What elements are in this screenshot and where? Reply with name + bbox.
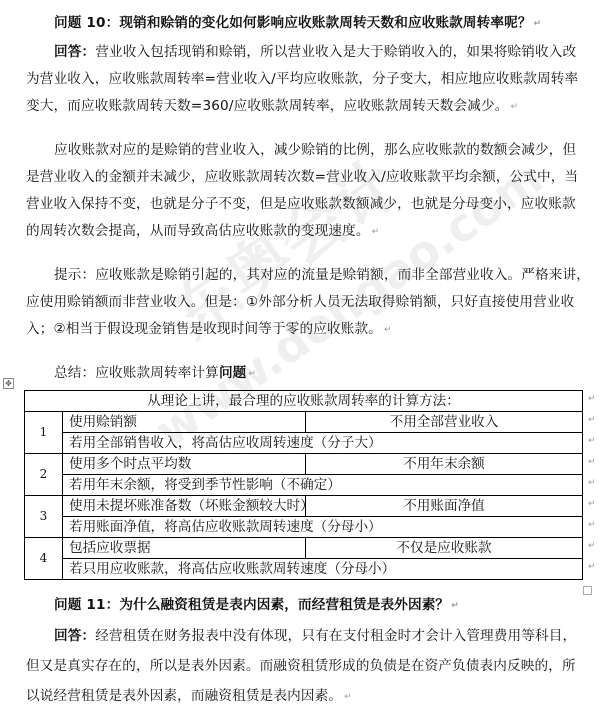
question-10-answer-line-3: 变大，而应收账款周转天数=360/应收账款周转率，应收账款周转天数会减少。↵ [26, 97, 518, 116]
tip-line-1: 提示：应收账款是赊销引起的，其对应的流量是赊销额，而非全部营业收入。严格来讲， [54, 266, 590, 284]
question-10-answer-line-1: 回答：营业收入包括现销和赊销，所以营业收入是大于赊销收入的，如果将赊销收入改 [54, 43, 576, 61]
answer-text: 营业收入包括现销和赊销，所以营业收入是大于赊销收入的，如果将赊销收入改 [95, 44, 576, 60]
question-10-title-text: 问题 10：现销和赊销的变化如何影响应收账款周转天数和应收账款周转率呢？ [54, 15, 532, 31]
avoid-cell: 不仅是应收账款 [306, 538, 583, 559]
table-resize-handle-icon[interactable] [583, 586, 592, 595]
row-end-mark: ↵ [588, 562, 596, 572]
tip-text: 入；②相当于假设现金销售是收现时间等于零的应收账款。 [26, 321, 382, 337]
document-page: 东奥会计 www.dongao.com 问题 10：现销和赊销的变化如何影响应收… [0, 0, 616, 728]
row-number: 4 [25, 538, 63, 580]
note-cell: 若用账面净值，将高估应收账款周转速度（分母小） [63, 517, 583, 538]
tip-text: 提示：应收账款是赊销引起的，其对应的流量是赊销额，而非全部营业收入。严格来讲， [54, 267, 590, 283]
paragraph-2-line-3: 营业收入保持不变，也就是分子不变，但是应收账款数额减少，也就是分母变小，应收账款 [26, 195, 576, 213]
method-cell: 使用多个时点平均数 [63, 454, 306, 475]
question-11-answer-line-2: 但又是真实存在的，所以是表外因素。而融资租赁形成的负债是在资产负债表内反映的，所 [26, 657, 576, 675]
paragraph-mark: ↵ [372, 227, 380, 237]
question-11-answer-line-3: 以说经营租赁是表外因素，而融资租赁是表内因素。↵ [26, 687, 352, 706]
answer-text: 但又是真实存在的，所以是表外因素。而融资租赁形成的负债是在资产负债表内反映的，所 [26, 658, 576, 674]
table-row-note: 若只用应收账款，将高估应收账款周转速度（分母小） [25, 559, 583, 580]
answer-label: 回答： [54, 628, 95, 644]
table-row: 2 使用多个时点平均数 不用年末余额 [25, 454, 583, 475]
tip-line-3: 入；②相当于假设现金销售是收现时间等于零的应收账款。↵ [26, 320, 392, 339]
method-cell: 使用赊销额 [63, 412, 306, 433]
paragraph-mark: ↵ [510, 102, 518, 112]
row-end-mark: ↵ [588, 499, 596, 509]
table-row: 1 使用赊销额 不用全部营业收入 [25, 412, 583, 433]
question-10-title: 问题 10：现销和赊销的变化如何影响应收账款周转天数和应收账款周转率呢？↵ [54, 14, 541, 33]
paragraph-mark: ↵ [344, 692, 352, 702]
method-cell: 使用未提坏账准备数（坏账金额较大时） [63, 496, 306, 517]
question-11-answer-line-1: 回答：经营租赁在财务报表中没有体现，只有在支付租金时才会计入管理费用等科目， [54, 627, 576, 645]
row-number: 2 [25, 454, 63, 496]
row-end-mark: ↵ [588, 478, 596, 488]
method-cell: 包括应收票据 [63, 538, 306, 559]
row-end-mark: ↵ [588, 436, 596, 446]
table-header-cell: 从理论上讲，最合理的应收账款周转率的计算方法： [25, 391, 583, 412]
row-end-mark: ↵ [588, 457, 596, 467]
row-number: 1 [25, 412, 63, 454]
answer-text: 经营租赁在财务报表中没有体现，只有在支付租金时才会计入管理费用等科目， [95, 628, 576, 644]
paragraph-text: 营业收入保持不变，也就是分子不变，但是应收账款数额减少，也就是分母变小，应收账款 [26, 196, 576, 212]
summary-bold-text: 问题 [219, 365, 247, 381]
question-11-title: 问题 11：为什么融资租赁是表内因素，而经营租赁是表外因素？↵ [54, 596, 459, 615]
avoid-cell: 不用年末余额 [306, 454, 583, 475]
paragraph-text: 应收账款对应的是赊销的营业收入，减少赊销的比例，那么应收账款的数额会减少，但 [54, 142, 576, 158]
paragraph-mark: ↵ [534, 19, 542, 29]
row-end-mark: ↵ [588, 415, 596, 425]
row-end-mark: ↵ [588, 520, 596, 530]
summary-line: 总结：应收账款周转率计算问题↵ [54, 364, 256, 383]
table-row-note: 若用账面净值，将高估应收账款周转速度（分母小） [25, 517, 583, 538]
paragraph-text: 的周转次数会提高，从而导致高估应收账款的变现速度。 [26, 223, 370, 239]
answer-text: 以说经营租赁是表外因素，而融资租赁是表内因素。 [26, 688, 342, 704]
table-row: 4 包括应收票据 不仅是应收账款 [25, 538, 583, 559]
note-cell: 若用年末余额，将受到季节性影响（不确定） [63, 475, 583, 496]
row-end-mark: ↵ [588, 541, 596, 551]
answer-label: 回答： [54, 44, 95, 60]
paragraph-text: 是营业收入的金额并未减少，应收账款周转次数=营业收入/应收账款平均余额，公式中，… [26, 169, 578, 185]
row-end-mark: ↵ [588, 394, 596, 404]
question-11-title-text: 问题 11：为什么融资租赁是表内因素，而经营租赁是表外因素？ [54, 597, 449, 613]
turnover-method-table: 从理论上讲，最合理的应收账款周转率的计算方法： 1 使用赊销额 不用全部营业收入… [24, 390, 583, 580]
note-cell: 若用全部销售收入，将高估应收周转速度（分子大） [63, 433, 583, 454]
summary-text: 总结：应收账款周转率计算 [54, 365, 219, 381]
note-cell: 若只用应收账款，将高估应收账款周转速度（分母小） [63, 559, 583, 580]
table-move-handle-icon[interactable]: ✥ [3, 378, 14, 389]
answer-text: 为营业收入，应收账款周转率=营业收入/平均应收账款，分子变大，相应地应收账款周转… [26, 71, 578, 87]
paragraph-mark: ↵ [384, 325, 392, 335]
table-row: 3 使用未提坏账准备数（坏账金额较大时） 不用账面净值 [25, 496, 583, 517]
tip-text: 应使用赊销额而非营业收入。但是：①外部分析人员无法取得赊销额，只好直接使用营业收 [26, 294, 574, 310]
table-header-row: 从理论上讲，最合理的应收账款周转率的计算方法： [25, 391, 583, 412]
paragraph-mark: ↵ [451, 601, 459, 611]
answer-text: 变大，而应收账款周转天数=360/应收账款周转率，应收账款周转天数会减少。 [26, 98, 508, 114]
row-number: 3 [25, 496, 63, 538]
avoid-cell: 不用全部营业收入 [306, 412, 583, 433]
paragraph-2-line-1: 应收账款对应的是赊销的营业收入，减少赊销的比例，那么应收账款的数额会减少，但 [54, 141, 576, 159]
question-10-answer-line-2: 为营业收入，应收账款周转率=营业收入/平均应收账款，分子变大，相应地应收账款周转… [26, 70, 578, 88]
table-row-note: 若用全部销售收入，将高估应收周转速度（分子大） [25, 433, 583, 454]
paragraph-2-line-4: 的周转次数会提高，从而导致高估应收账款的变现速度。↵ [26, 222, 379, 241]
tip-line-2: 应使用赊销额而非营业收入。但是：①外部分析人员无法取得赊销额，只好直接使用营业收 [26, 293, 574, 311]
avoid-cell: 不用账面净值 [306, 496, 583, 517]
paragraph-2-line-2: 是营业收入的金额并未减少，应收账款周转次数=营业收入/应收账款平均余额，公式中，… [26, 168, 578, 186]
table-row-note: 若用年末余额，将受到季节性影响（不确定） [25, 475, 583, 496]
paragraph-mark: ↵ [248, 369, 256, 379]
